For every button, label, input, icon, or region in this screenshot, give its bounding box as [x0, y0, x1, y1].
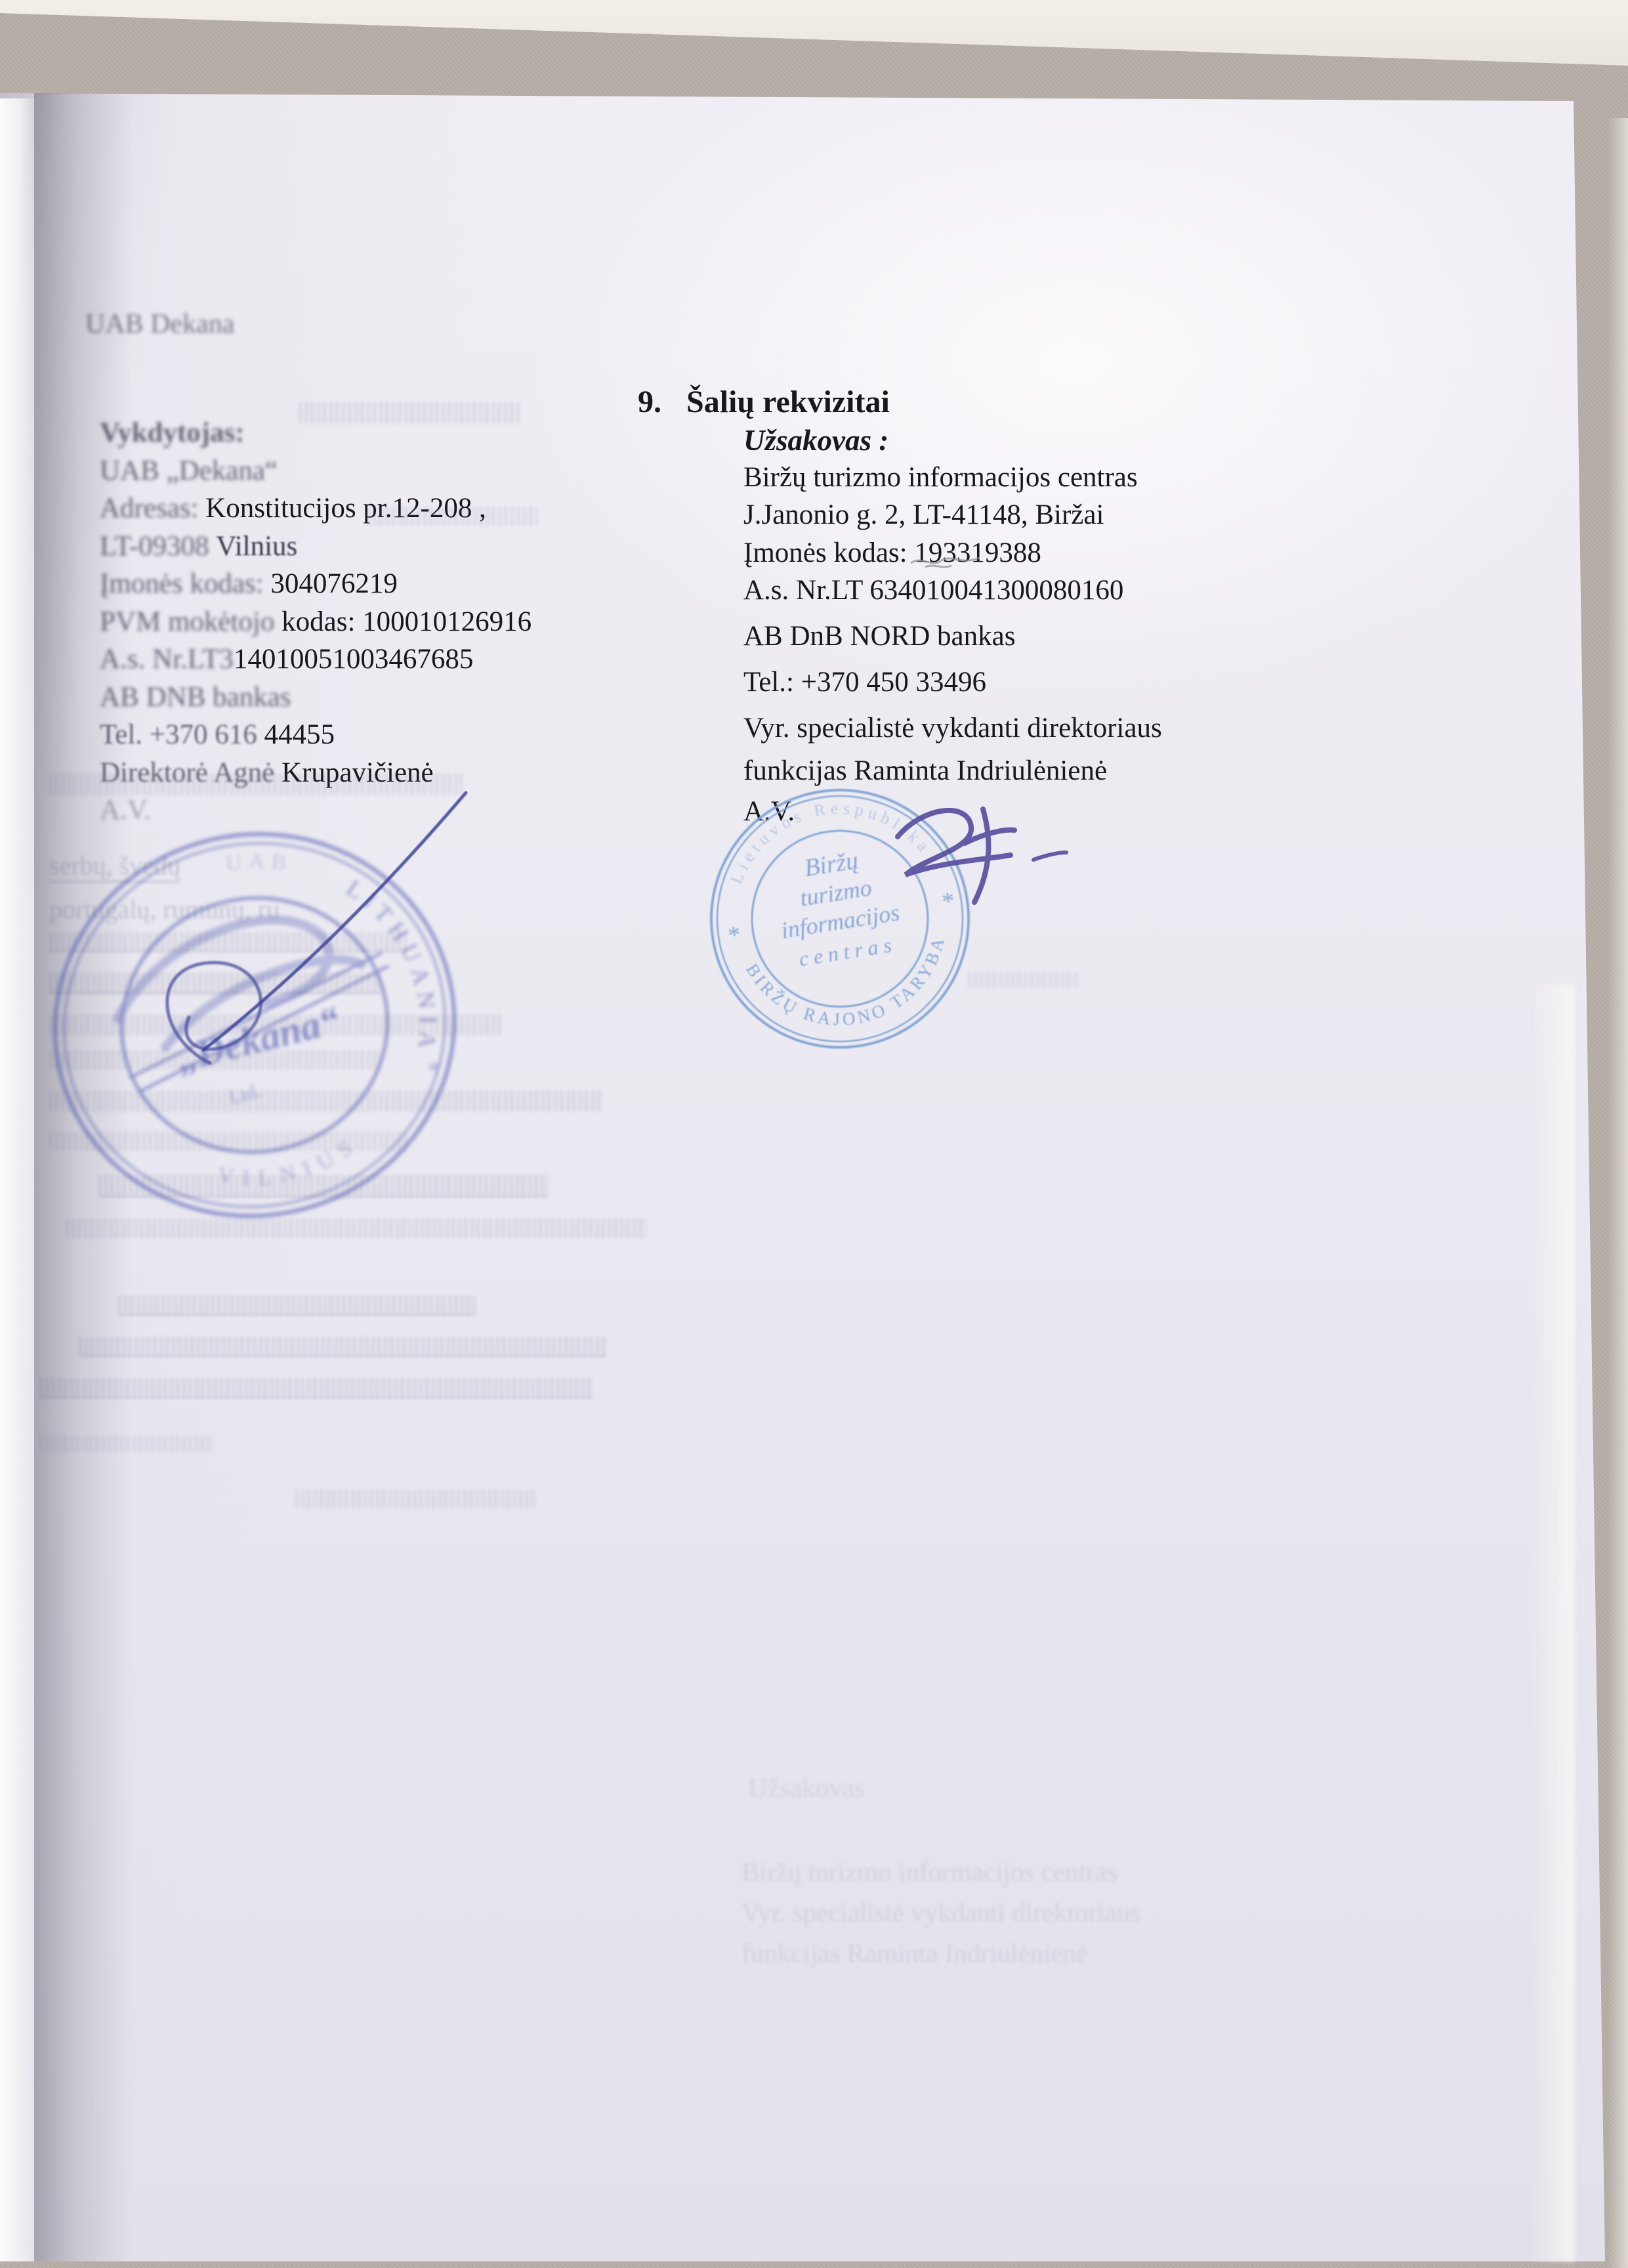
contractor-account-line: A.s. Nr.LT314010051003467685 — [100, 643, 473, 677]
client-phone: Tel.: +370 450 33496 — [743, 666, 986, 700]
ghost-header-company: UAB Dekana — [85, 308, 234, 341]
bleedthrough-smudge — [49, 1091, 604, 1112]
contractor-bank-line: AB DNB bankas — [100, 681, 291, 715]
bleedthrough-line: Biržų turizmo informacijos centras — [741, 1856, 1117, 1887]
bleedthrough-smudge — [49, 1050, 381, 1070]
client-signature — [886, 797, 1083, 909]
contractor-phone-line: Tel. +370 616 44455 — [100, 719, 335, 752]
mat-right-highlight — [1608, 118, 1628, 2268]
bleedthrough-smudge — [49, 1131, 407, 1151]
contractor-company-code-line: Įmonės kodas: 304076219 — [100, 568, 398, 601]
bleedthrough-line: funkcijas Raminta Indriulėnienė — [741, 1937, 1088, 1969]
pencil-scribble — [906, 543, 984, 576]
bleedthrough-smudge — [39, 1378, 594, 1398]
client-company-code: Įmonės kodas: 193319388 — [743, 537, 1041, 570]
bleedthrough-line: Užsakovas — [748, 1772, 865, 1803]
bleedthrough-smudge — [39, 1435, 213, 1452]
bleedthrough-smudge — [968, 971, 1079, 988]
bleedthrough-smudge — [49, 1015, 502, 1036]
contractor-label-line: Vykdytojas: — [100, 417, 245, 450]
bleedthrough-smudge — [299, 402, 522, 424]
bleedthrough-smudge — [49, 773, 463, 795]
contractor-vat-code-line: PVM mokėtojo kodas: 100010126916 — [100, 606, 532, 639]
client-bank: AB DnB NORD bankas — [743, 620, 1015, 654]
bleedthrough-smudge — [49, 932, 407, 952]
bleedthrough-line: serbų, švedų — [49, 850, 180, 883]
scanned-contract-page: UAB Dekana 9.Šalių rekvizitai Vykdytojas… — [0, 0, 1628, 2268]
underlying-page-edge — [0, 98, 38, 2261]
client-stamp-star-left: * — [726, 921, 743, 950]
bleedthrough-line: Vyr. specialistė vykdanti direktoriaus — [741, 1897, 1140, 1928]
bleedthrough-smudge — [98, 1175, 548, 1198]
section-number: 9. — [638, 385, 661, 419]
bleedthrough-smudge — [66, 1219, 646, 1238]
client-name: Biržų turizmo informacijos centras — [743, 461, 1138, 495]
bleedthrough-smudge — [118, 1295, 476, 1316]
client-representative-1: Vyr. specialistė vykdanti direktoriaus — [743, 712, 1162, 745]
bleedthrough-line: portugalų, rumunų, ru — [49, 894, 280, 925]
client-address: J.Janonio g. 2, LT-41148, Biržai — [743, 499, 1104, 532]
bleedthrough-smudge — [79, 1337, 607, 1357]
contractor-name-line: UAB „Dekana“ — [100, 455, 278, 488]
client-label: Užsakovas : — [743, 423, 888, 458]
bleedthrough-smudge — [367, 507, 538, 526]
bleedthrough-smudge — [295, 1490, 535, 1508]
section-title: Šalių rekvizitai — [686, 385, 890, 419]
paper-right-edge-sheen — [1529, 984, 1575, 2261]
contractor-city-line: LT-09308 Vilnius — [100, 530, 297, 564]
bleedthrough-smudge — [49, 973, 381, 994]
client-account: A.s. Nr.LT 634010041300080160 — [743, 574, 1123, 608]
